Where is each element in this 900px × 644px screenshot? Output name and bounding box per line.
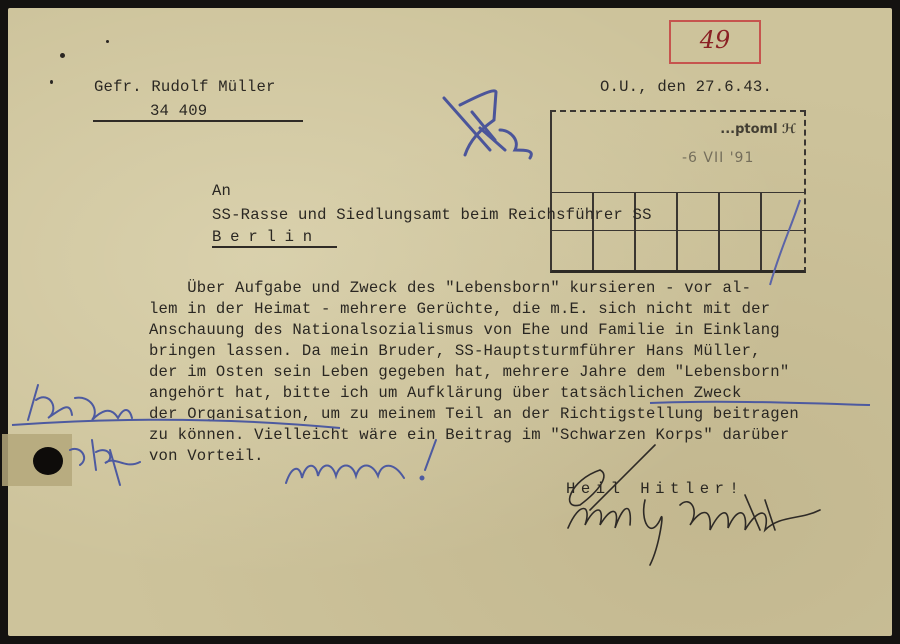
paper-speck — [106, 40, 109, 43]
body-line: der im Osten sein Leben gegeben hat, meh… — [149, 363, 789, 381]
body-line: bringen lassen. Da mein Bruder, SS-Haupt… — [149, 342, 761, 360]
body-line: Anschauung des Nationalsozialismus von E… — [149, 321, 780, 339]
sender-name: Gefr. Rudolf Müller — [94, 78, 276, 96]
closing-greeting: Heil Hitler! — [566, 480, 744, 498]
punch-hole — [33, 447, 63, 475]
stamp-grid — [552, 192, 804, 270]
body-line: angehört hat, bitte ich um Aufklärung üb… — [149, 384, 742, 402]
recipient-city: Berlin — [212, 228, 321, 246]
receipt-stamp: ...ptoml ℋ -6 VII '91 — [550, 110, 806, 273]
body-line: der Organisation, um zu meinem Teil an d… — [149, 405, 799, 423]
date-line: O.U., den 27.6.43. — [600, 78, 772, 96]
page-number-box: 49 — [669, 20, 761, 64]
paper-speck — [60, 53, 65, 58]
body-line: von Vorteil. — [149, 447, 264, 465]
sender-underline — [93, 120, 303, 122]
body-line: lem in der Heimat - mehrere Gerüchte, di… — [149, 300, 770, 318]
recipient-label: An — [212, 182, 231, 200]
page-number: 49 — [671, 26, 759, 54]
stamp-text-date: -6 VII '91 — [682, 150, 754, 166]
recipient-organization: SS-Rasse und Siedlungsamt beim Reichsfüh… — [212, 206, 652, 224]
city-underline — [212, 246, 337, 248]
sender-number: 34 409 — [150, 102, 207, 120]
paper-speck — [50, 80, 53, 84]
body-line: Über Aufgabe und Zweck des "Lebensborn" … — [149, 279, 751, 297]
body-line: zu können. Vielleicht wäre ein Beitrag i… — [149, 426, 789, 444]
stamp-text-office: ...ptoml ℋ — [720, 122, 796, 137]
